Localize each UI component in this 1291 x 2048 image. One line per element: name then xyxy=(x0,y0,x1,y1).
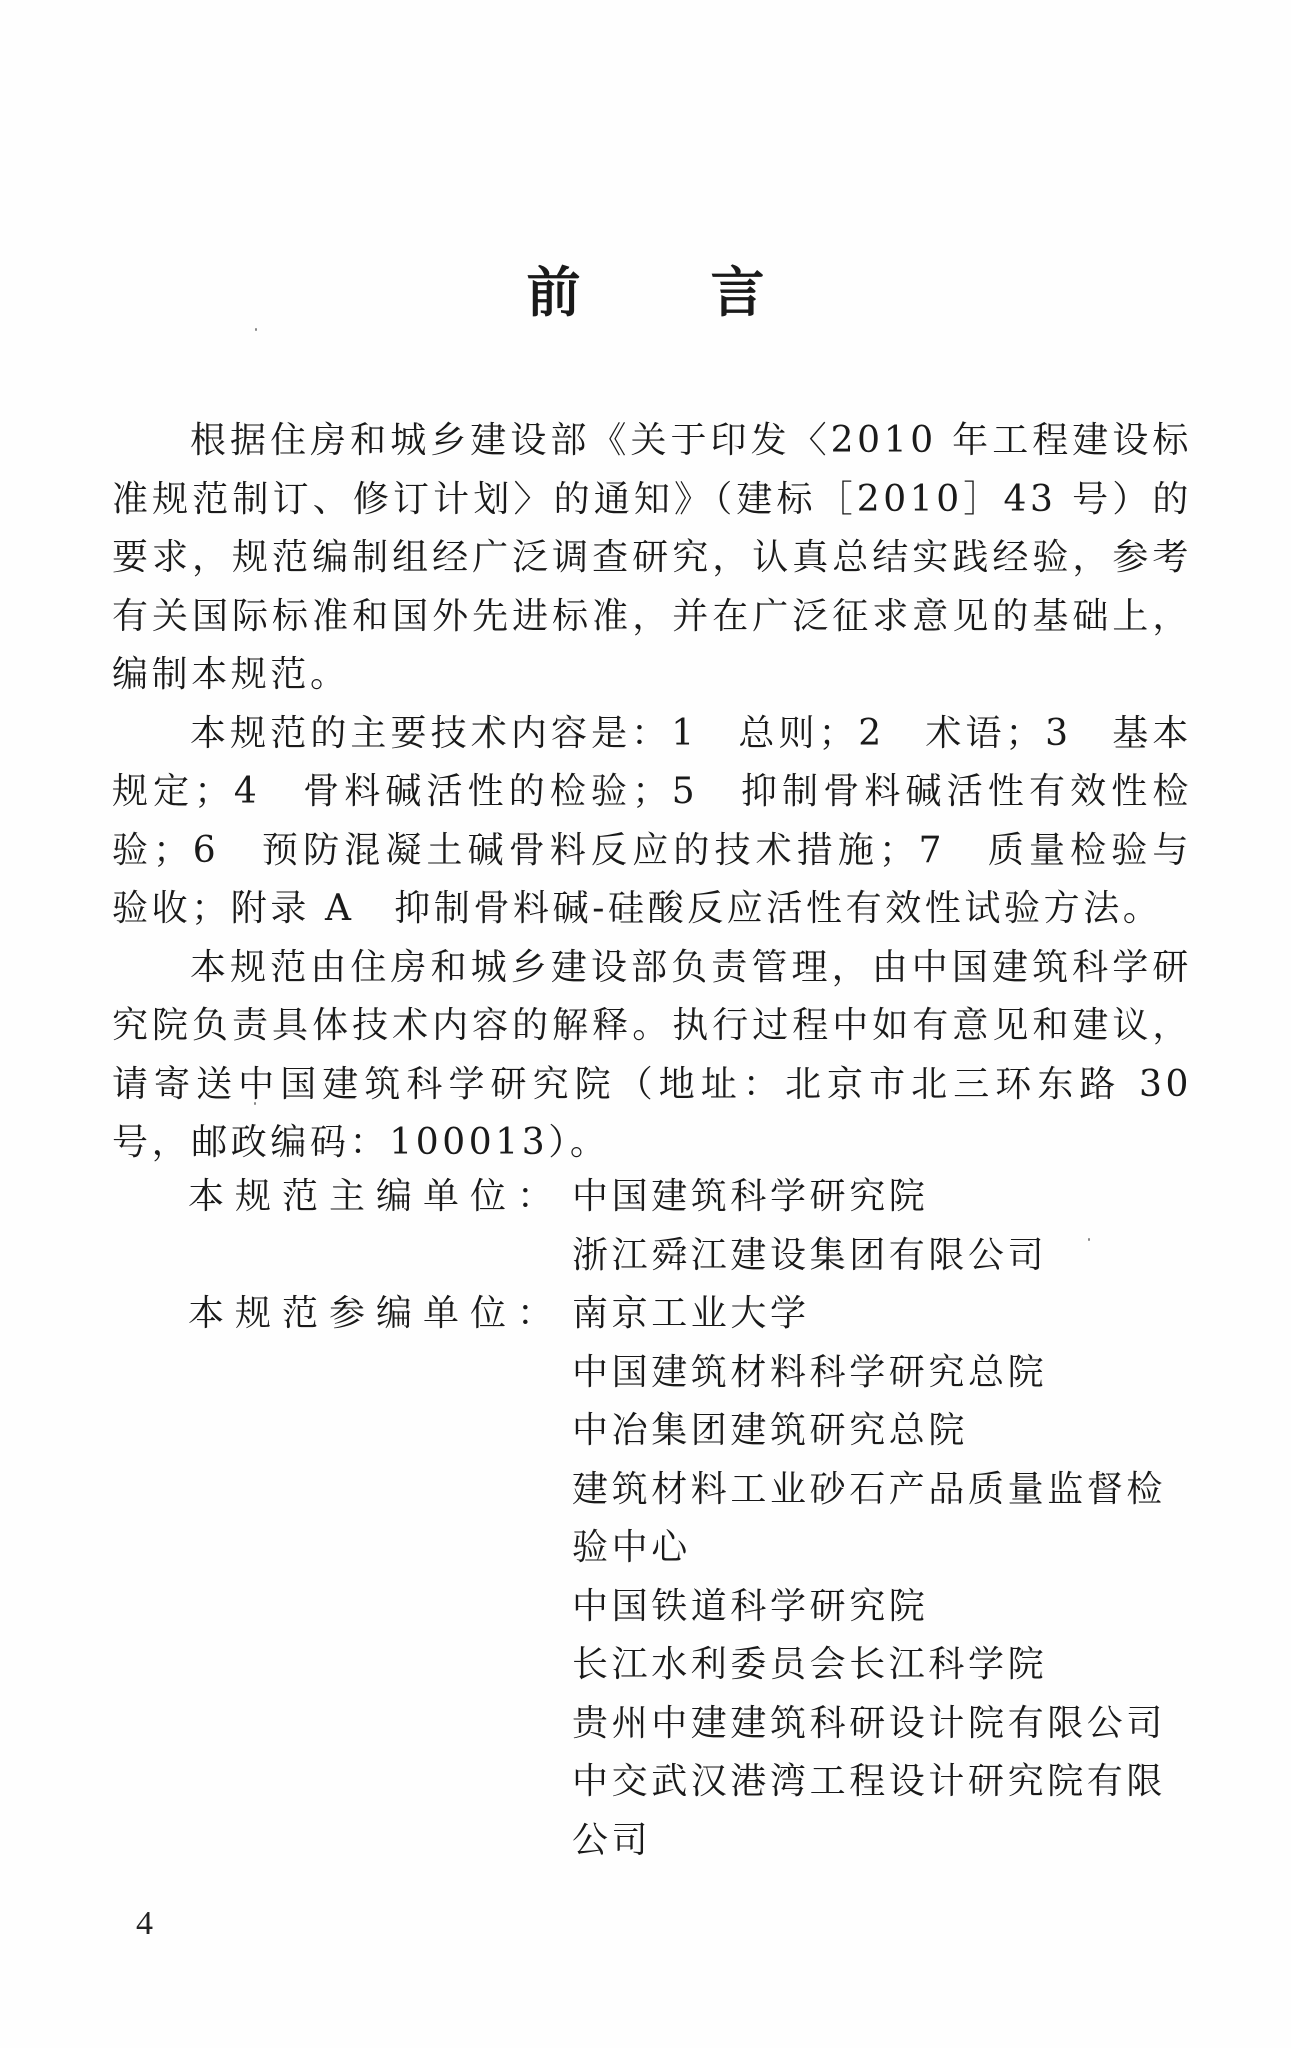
scan-speck xyxy=(1088,1238,1090,1241)
page-number: 4 xyxy=(136,1905,153,1943)
chief-editors-label: 本规范主编单位： xyxy=(188,1168,564,1227)
participating-unit-item: 中冶集团建筑研究总院 xyxy=(572,1402,1192,1461)
participating-unit-item: 建筑材料工业砂石产品质量监督检验中心 xyxy=(572,1461,1192,1578)
paragraph-mandate: 根据住房和城乡建设部《关于印发〈2010 年工程建设标准规范制订、修订计划〉的通… xyxy=(112,412,1192,705)
chief-editor-item: 浙江舜江建设集团有限公司 xyxy=(572,1227,1192,1286)
page-title: 前言 xyxy=(0,262,1291,322)
participating-units-list: 南京工业大学 中国建筑材料科学研究总院 中冶集团建筑研究总院 建筑材料工业砂石产… xyxy=(572,1285,1192,1870)
participating-unit-item: 长江水利委员会长江科学院 xyxy=(572,1636,1192,1695)
title-char-1: 前 xyxy=(527,262,581,322)
scan-speck xyxy=(254,1102,256,1105)
chief-editor-item: 中国建筑科学研究院 xyxy=(572,1168,1192,1227)
title-char-2: 言 xyxy=(711,262,765,322)
preface-body: 根据住房和城乡建设部《关于印发〈2010 年工程建设标准规范制订、修订计划〉的通… xyxy=(112,412,1192,1173)
participating-unit-item: 中国铁道科学研究院 xyxy=(572,1578,1192,1637)
chief-editors-list: 中国建筑科学研究院 浙江舜江建设集团有限公司 xyxy=(572,1168,1192,1285)
participating-units-label: 本规范参编单位： xyxy=(188,1285,564,1344)
participating-unit-item: 中国建筑材料科学研究总院 xyxy=(572,1344,1192,1403)
participating-unit-item: 中交武汉港湾工程设计研究院有限公司 xyxy=(572,1753,1192,1870)
paragraph-main-contents: 本规范的主要技术内容是：1 总则；2 术语；3 基本规定；4 骨料碱活性的检验；… xyxy=(112,705,1192,939)
participating-unit-item: 贵州中建建筑科研设计院有限公司 xyxy=(572,1695,1192,1754)
scan-speck xyxy=(255,328,257,331)
paragraph-management: 本规范由住房和城乡建设部负责管理，由中国建筑科学研究院负责具体技术内容的解释。执… xyxy=(112,939,1192,1173)
participating-unit-item: 南京工业大学 xyxy=(572,1285,1192,1344)
document-page: 前言 根据住房和城乡建设部《关于印发〈2010 年工程建设标准规范制订、修订计划… xyxy=(0,0,1291,2048)
